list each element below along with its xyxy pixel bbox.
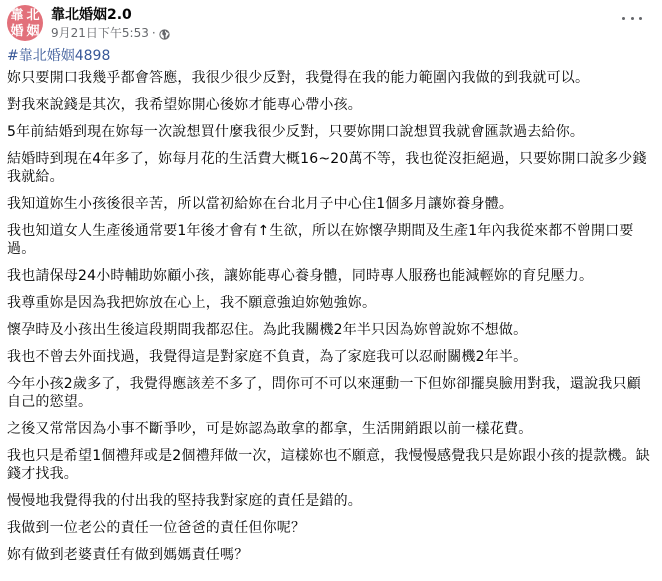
post-paragraph: 妳只要開口我幾乎都會答應，我很少很少反對，我覺得在我的能力範圍內我做的到我就可以… (7, 69, 654, 87)
avatar-char: 婚 (10, 25, 23, 38)
facebook-post: 靠 北 婚 姻 靠北婚姻2.0 9月21日下午5:53 · (0, 0, 662, 581)
post-timestamp[interactable]: 9月21日下午5:53 (51, 25, 149, 41)
page-name-link[interactable]: 靠北婚姻2.0 (51, 6, 170, 24)
post-paragraph: 之後又常常因為小事不斷爭吵，可是妳認為敢拿的都拿，生活開銷跟以前一樣花費。 (7, 420, 654, 438)
post-paragraph: 對我來說錢是其次，我希望妳開心後妳才能專心帶小孩。 (7, 96, 654, 114)
page-avatar[interactable]: 靠 北 婚 姻 (7, 5, 43, 41)
avatar-char: 北 (26, 9, 39, 22)
post-paragraph: 結婚時到現在4年多了，妳每月花的生活費大概16~20萬不等，我也從沒拒絕過，只要… (7, 150, 654, 186)
post-meta: 靠北婚姻2.0 9月21日下午5:53 · (51, 5, 170, 41)
globe-icon[interactable] (159, 28, 170, 39)
post-header: 靠 北 婚 姻 靠北婚姻2.0 9月21日下午5:53 · (0, 0, 662, 44)
post-paragraph: 5年前結婚到現在妳每一次說想買什麼我很少反對，只要妳開口說想買我就會匯款過去給你… (7, 123, 654, 141)
post-body: #靠北婚姻4898 妳只要開口我幾乎都會答應，我很少很少反對，我覺得在我的能力範… (0, 44, 662, 564)
post-paragraph: 我尊重妳是因為我把妳放在心上，我不願意強迫妳勉強妳。 (7, 294, 654, 312)
post-paragraph: 我也只是希望1個禮拜或是2個禮拜做一次，這樣妳也不願意，我慢慢感覺我只是妳跟小孩… (7, 447, 654, 483)
avatar-char: 姻 (26, 25, 39, 38)
post-subline: 9月21日下午5:53 · (51, 25, 170, 41)
post-paragraph: 今年小孩2歲多了，我覺得應該差不多了，問你可不可以來運動一下但妳卻擺臭臉用對我，… (7, 375, 654, 411)
post-paragraph: 我也不曾去外面找過，我覺得這是對家庭不負責，為了家庭我可以忍耐關機2年半。 (7, 348, 654, 366)
avatar-char: 靠 (10, 9, 23, 22)
post-paragraph: 懷孕時及小孩出生後這段期間我都忍住。為此我關機2年半只因為妳曾說妳不想做。 (7, 321, 654, 339)
post-paragraph: 我也請保母24小時輔助妳顧小孩，讓妳能專心養身體，同時專人服務也能減輕妳的育兒壓… (7, 267, 654, 285)
post-paragraph: 慢慢地我覺得我的付出我的堅持我對家庭的責任是錯的。 (7, 492, 654, 510)
post-paragraph: 我做到一位老公的責任一位爸爸的責任但你呢？ (7, 519, 654, 537)
post-paragraph: 我也知道女人生產後通常要1年後才會有↑生欲，所以在妳懷孕期間及生產1年內我從來都… (7, 222, 654, 258)
more-options-icon[interactable] (622, 12, 642, 24)
hashtag-link[interactable]: #靠北婚姻4898 (7, 48, 654, 65)
post-paragraph: 妳有做到老婆責任有做到媽媽責任嗎？ (7, 546, 654, 564)
separator-dot: · (152, 25, 156, 41)
post-paragraph: 我知道妳生小孩後很辛苦，所以當初給妳在台北月子中心住1個多月讓妳養身體。 (7, 195, 654, 213)
